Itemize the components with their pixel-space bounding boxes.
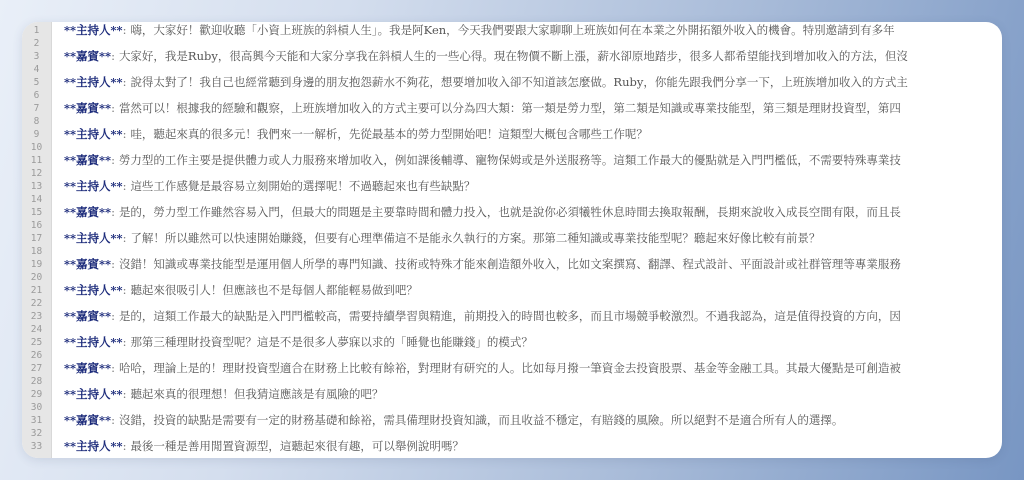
speaker-label: **嘉賓**	[64, 154, 111, 167]
speaker-label: **主持人**	[64, 440, 123, 453]
dialogue-line[interactable]: **嘉賓**:當然可以！根據我的經驗和觀察，上班族增加收入的方式主要可以分為四大…	[64, 102, 1002, 128]
dialogue-text: 是的，勞力型工作雖然容易入門，但最大的問題是主要靠時間和體力投入，也就是說你必須…	[119, 206, 901, 219]
line-number: 15	[22, 206, 51, 219]
line-number: 1	[22, 24, 51, 37]
speaker-separator: :	[123, 24, 127, 37]
line-number: 3	[22, 50, 51, 63]
line-number: 9	[22, 128, 51, 141]
speaker-label: **主持人**	[64, 180, 123, 193]
speaker-separator: :	[123, 232, 127, 245]
dialogue-text: 當然可以！根據我的經驗和觀察，上班族增加收入的方式主要可以分為四大類：第一類是勞…	[119, 102, 901, 115]
speaker-label: **嘉賓**	[64, 206, 111, 219]
line-number: 16	[22, 219, 51, 232]
dialogue-text: 說得太對了！我自己也經常聽到身邊的朋友抱怨薪水不夠花，想要增加收入卻不知道該怎麼…	[130, 76, 907, 89]
speaker-label: **嘉賓**	[64, 102, 111, 115]
speaker-separator: :	[123, 128, 127, 141]
line-number: 26	[22, 349, 51, 362]
speaker-label: **嘉賓**	[64, 414, 111, 427]
dialogue-text: 沒錯！知識或專業技能型是運用個人所學的專門知識、技術或特殊才能來創造額外收入，比…	[119, 258, 901, 271]
dialogue-text: 嗨，大家好！歡迎收聽「小資上班族的斜槓人生」。我是阿Ken，今天我們要跟大家聊聊…	[130, 24, 894, 37]
speaker-separator: :	[123, 76, 127, 89]
line-number: 7	[22, 102, 51, 115]
line-number: 27	[22, 362, 51, 375]
dialogue-line[interactable]: **主持人**:了解！所以雖然可以快速開始賺錢，但要有心理準備這不是能永久執行的…	[64, 232, 1002, 258]
line-number: 12	[22, 167, 51, 180]
speaker-separator: :	[123, 336, 127, 349]
line-number: 10	[22, 141, 51, 154]
dialogue-text: 哇，聽起來真的很多元！我們來一一解析，先從最基本的勞力型開始吧！這類型大概包含哪…	[130, 128, 648, 141]
speaker-label: **嘉賓**	[64, 50, 111, 63]
speaker-label: **主持人**	[64, 128, 123, 141]
dialogue-line[interactable]: **嘉賓**:是的，勞力型工作雖然容易入門，但最大的問題是主要靠時間和體力投入，…	[64, 206, 1002, 232]
speaker-label: **嘉賓**	[64, 258, 111, 271]
dialogue-text: 最後一種是善用閒置資源型，這聽起來很有趣，可以舉例說明嗎？	[130, 440, 464, 453]
line-number: 22	[22, 297, 51, 310]
dialogue-line[interactable]: **嘉賓**:是的，這類工作最大的缺點是入門門檻較高，需要持續學習與精進，前期投…	[64, 310, 1002, 336]
line-number: 24	[22, 323, 51, 336]
speaker-separator: :	[111, 154, 115, 167]
dialogue-line[interactable]: **主持人**:聽起來真的很理想！但我猜這應該是有風險的吧？	[64, 388, 1002, 414]
speaker-label: **主持人**	[64, 24, 123, 37]
speaker-label: **主持人**	[64, 232, 123, 245]
speaker-separator: :	[123, 284, 127, 297]
dialogue-line[interactable]: **主持人**:說得太對了！我自己也經常聽到身邊的朋友抱怨薪水不夠花，想要增加收…	[64, 76, 1002, 102]
text-editor-window: 1234567891011121314151617181920212223242…	[22, 22, 1002, 458]
line-number: 30	[22, 401, 51, 414]
speaker-separator: :	[123, 180, 127, 193]
dialogue-text: 大家好，我是Ruby，很高興今天能和大家分享我在斜槓人生的一些心得。現在物價不斷…	[119, 50, 908, 63]
line-number-gutter: 1234567891011121314151617181920212223242…	[22, 22, 52, 458]
dialogue-text: 聽起來很吸引人！但應該也不是每個人都能輕易做到吧？	[130, 284, 418, 297]
speaker-separator: :	[111, 414, 115, 427]
dialogue-line[interactable]: **嘉賓**:哈哈，理論上是的！理財投資型適合在財務上比較有餘裕，對理財有研究的…	[64, 362, 1002, 388]
line-number: 17	[22, 232, 51, 245]
line-number: 14	[22, 193, 51, 206]
dialogue-text: 沒錯，投資的缺點是需要有一定的財務基礎和餘裕，需具備理財投資知識，而且收益不穩定…	[119, 414, 844, 427]
line-number: 4	[22, 63, 51, 76]
dialogue-line[interactable]: **嘉賓**:沒錯，投資的缺點是需要有一定的財務基礎和餘裕，需具備理財投資知識，…	[64, 414, 1002, 440]
speaker-separator: :	[111, 362, 115, 375]
line-number: 28	[22, 375, 51, 388]
speaker-label: **主持人**	[64, 76, 123, 89]
speaker-separator: :	[123, 388, 127, 401]
line-number: 6	[22, 89, 51, 102]
speaker-separator: :	[111, 310, 115, 323]
dialogue-text: 勞力型的工作主要是提供體力或人力服務來增加收入，例如課後輔導、寵物保姆或是外送服…	[119, 154, 901, 167]
line-number: 18	[22, 245, 51, 258]
dialogue-line[interactable]: **主持人**:哇，聽起來真的很多元！我們來一一解析，先從最基本的勞力型開始吧！…	[64, 128, 1002, 154]
dialogue-line[interactable]: **嘉賓**:沒錯！知識或專業技能型是運用個人所學的專門知識、技術或特殊才能來創…	[64, 258, 1002, 284]
line-number: 25	[22, 336, 51, 349]
line-number: 19	[22, 258, 51, 271]
dialogue-text: 是的，這類工作最大的缺點是入門門檻較高，需要持續學習與精進，前期投入的時間也較多…	[119, 310, 901, 323]
line-number: 8	[22, 115, 51, 128]
line-number: 32	[22, 427, 51, 440]
dialogue-line[interactable]: **主持人**:最後一種是善用閒置資源型，這聽起來很有趣，可以舉例說明嗎？	[64, 440, 1002, 458]
line-number: 33	[22, 440, 51, 453]
line-number: 2	[22, 37, 51, 50]
dialogue-line[interactable]: **嘉賓**:勞力型的工作主要是提供體力或人力服務來增加收入，例如課後輔導、寵物…	[64, 154, 1002, 180]
speaker-separator: :	[123, 440, 127, 453]
line-number: 29	[22, 388, 51, 401]
line-number: 13	[22, 180, 51, 193]
speaker-separator: :	[111, 50, 115, 63]
speaker-label: **主持人**	[64, 284, 123, 297]
dialogue-text: 聽起來真的很理想！但我猜這應該是有風險的吧？	[130, 388, 383, 401]
dialogue-text: 那第三種理財投資型呢？這是不是很多人夢寐以求的「睡覺也能賺錢」的模式？	[130, 336, 533, 349]
dialogue-line[interactable]: **嘉賓**:大家好，我是Ruby，很高興今天能和大家分享我在斜槓人生的一些心得…	[64, 50, 1002, 76]
dialogue-line[interactable]: **主持人**:聽起來很吸引人！但應該也不是每個人都能輕易做到吧？	[64, 284, 1002, 310]
dialogue-line[interactable]: **主持人**:嗨，大家好！歡迎收聽「小資上班族的斜槓人生」。我是阿Ken，今天…	[64, 24, 1002, 50]
speaker-label: **嘉賓**	[64, 310, 111, 323]
line-number: 20	[22, 271, 51, 284]
speaker-separator: :	[111, 102, 115, 115]
line-number: 21	[22, 284, 51, 297]
speaker-separator: :	[111, 258, 115, 271]
dialogue-line[interactable]: **主持人**:這些工作感覺是最容易立刻開始的選擇呢！不過聽起來也有些缺點？	[64, 180, 1002, 206]
speaker-separator: :	[111, 206, 115, 219]
dialogue-text: 了解！所以雖然可以快速開始賺錢，但要有心理準備這不是能永久執行的方案。那第二種知…	[130, 232, 820, 245]
dialogue-line[interactable]: **主持人**:那第三種理財投資型呢？這是不是很多人夢寐以求的「睡覺也能賺錢」的…	[64, 336, 1002, 362]
dialogue-text: 這些工作感覺是最容易立刻開始的選擇呢！不過聽起來也有些缺點？	[130, 180, 475, 193]
dialogue-text: 哈哈，理論上是的！理財投資型適合在財務上比較有餘裕，對理財有研究的人。比如每月撥…	[119, 362, 901, 375]
line-number: 5	[22, 76, 51, 89]
line-number: 11	[22, 154, 51, 167]
speaker-label: **主持人**	[64, 388, 123, 401]
line-number: 23	[22, 310, 51, 323]
line-number: 31	[22, 414, 51, 427]
editor-content[interactable]: **主持人**:嗨，大家好！歡迎收聽「小資上班族的斜槓人生」。我是阿Ken，今天…	[52, 22, 1002, 458]
speaker-label: **嘉賓**	[64, 362, 111, 375]
speaker-label: **主持人**	[64, 336, 123, 349]
